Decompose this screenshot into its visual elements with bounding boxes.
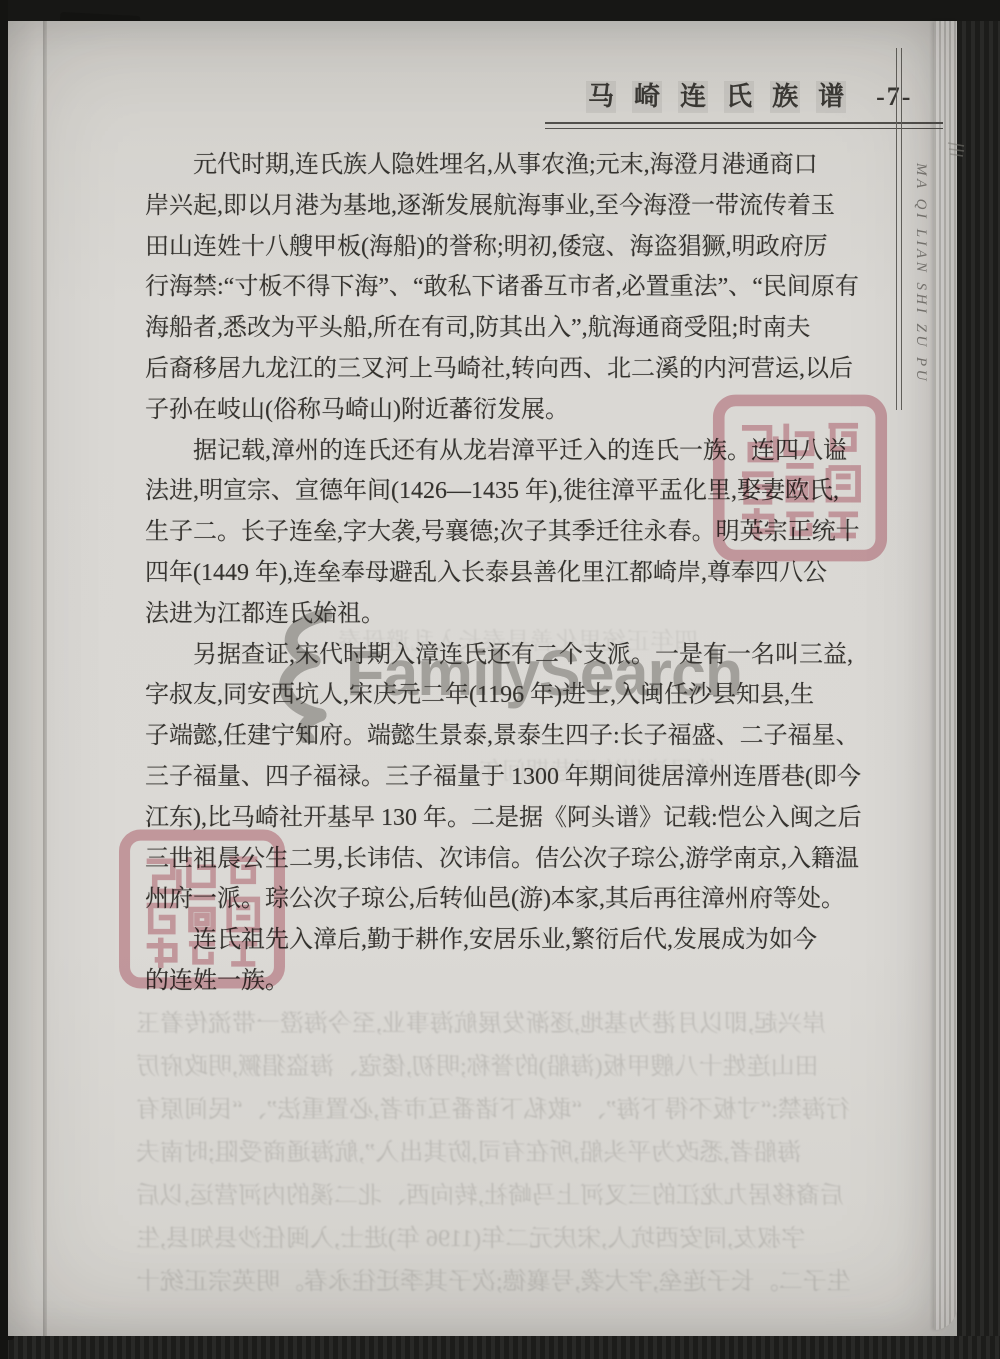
- body-text-line: 三子福量、四子福禄。三子福量于 1300 年期间徙居漳州连厝巷(即今: [145, 757, 905, 798]
- pencil-scribble: [946, 139, 968, 159]
- page-number: -7-: [876, 82, 912, 112]
- bleedthrough-text: 字叔友,同安西坑人,宋庆元二年(1196 年)进士,入闽任沙县知县,生: [136, 1218, 805, 1253]
- scan-background-right: [957, 0, 1000, 1359]
- page-gutter-shadow: [8, 21, 44, 1336]
- body-text-line: 田山连姓十八艘甲板(海船)的誉称;明初,倭寇、海盗猖獗,明政府厉: [145, 227, 905, 268]
- page-edge-stack: [934, 21, 957, 1330]
- body-text-line: 后裔移居九龙江的三叉河上马崎社,转向西、北二溪的内河营运,以后: [145, 349, 905, 390]
- book-title-char: 氏: [724, 81, 754, 113]
- scan-background-top: [0, 0, 1000, 21]
- book-title-char: 连: [678, 81, 708, 113]
- red-clan-seal-top-right: [710, 392, 890, 564]
- bleedthrough-text: 田山连姓十八艘甲板(海船)的誉称;明初,倭寇、海盗猖獗,明政府厉: [136, 1046, 819, 1081]
- scan-background-left: [0, 0, 8, 1359]
- scanned-page-screenshot: 四年正统里化善县泰长入乱避母奉 徙居漳州连厝巷期间年 FamilySearch …: [0, 0, 1000, 1359]
- body-text-line: 行海禁:“寸板不得下海”、“敢私下诸番互市者,必置重法”、“民间原有: [145, 267, 905, 308]
- body-text-line: 子端懿,任建宁知府。端懿生景泰,景泰生四子:长子福盛、二子福星、: [145, 716, 905, 757]
- body-text-line: 岸兴起,即以月港为基地,逐渐发展航海事业,至今海澄一带流传着玉: [145, 186, 905, 227]
- body-text-line: 海船者,悉改为平头船,所在有司,防其出入”,航海通商受阻;时南夫: [145, 308, 905, 349]
- book-title-char: 族: [770, 81, 800, 113]
- romanized-title-vertical: MA QI LIAN SHI ZU PU: [912, 163, 929, 413]
- book-title-char: 崎: [632, 81, 662, 113]
- book-title-char: 谱: [816, 81, 846, 113]
- body-text-line: 字叔友,同安西坑人,宋庆元二年(1196 年)进士,入闽任沙县知县,生: [145, 675, 905, 716]
- page-fold-line: [43, 21, 47, 1336]
- book-title-char: 马: [586, 81, 616, 113]
- bleedthrough-text: 后裔移居九龙江的三叉河上马崎社,转向西、北二溪的内河营运,以后: [136, 1175, 844, 1210]
- bleedthrough-text: 海船者,悉改为平头船,所在有司,防其出入”,航海通商受阻;时南夫: [136, 1132, 801, 1167]
- header-double-rule: [545, 122, 943, 129]
- body-text-line: 元代时期,连氏族人隐姓埋名,从事农渔;元末,海澄月港通商口: [145, 145, 905, 186]
- scan-background-bottom: [0, 1336, 1000, 1359]
- body-text-line: 法进为江都连氏始祖。: [145, 594, 905, 635]
- body-text-line: 另据查证,宋代时期入漳连氏还有二个支派。一是有一名叫三益,: [145, 635, 905, 676]
- page-header: 马崎连氏族谱 -7-: [586, 81, 912, 113]
- book-title: 马崎连氏族谱: [586, 81, 862, 113]
- red-clan-seal-bottom-left: [116, 827, 288, 991]
- book-page: 四年正统里化善县泰长入乱避母奉 徙居漳州连厝巷期间年 FamilySearch …: [8, 21, 957, 1336]
- bleedthrough-text: 行海禁:“寸板不得下海”、“敢私下诸番互市者,必置重法”、“民间原有: [136, 1089, 850, 1124]
- bleedthrough-text: 岸兴起,即以月港为基地,逐渐发展航海事业,至今海澄一带流传着玉: [136, 1003, 826, 1038]
- bleedthrough-text: 生子二。长子连垒,字大袭,号襄德;次子其季迁往永春。明英宗正统十: [136, 1261, 851, 1296]
